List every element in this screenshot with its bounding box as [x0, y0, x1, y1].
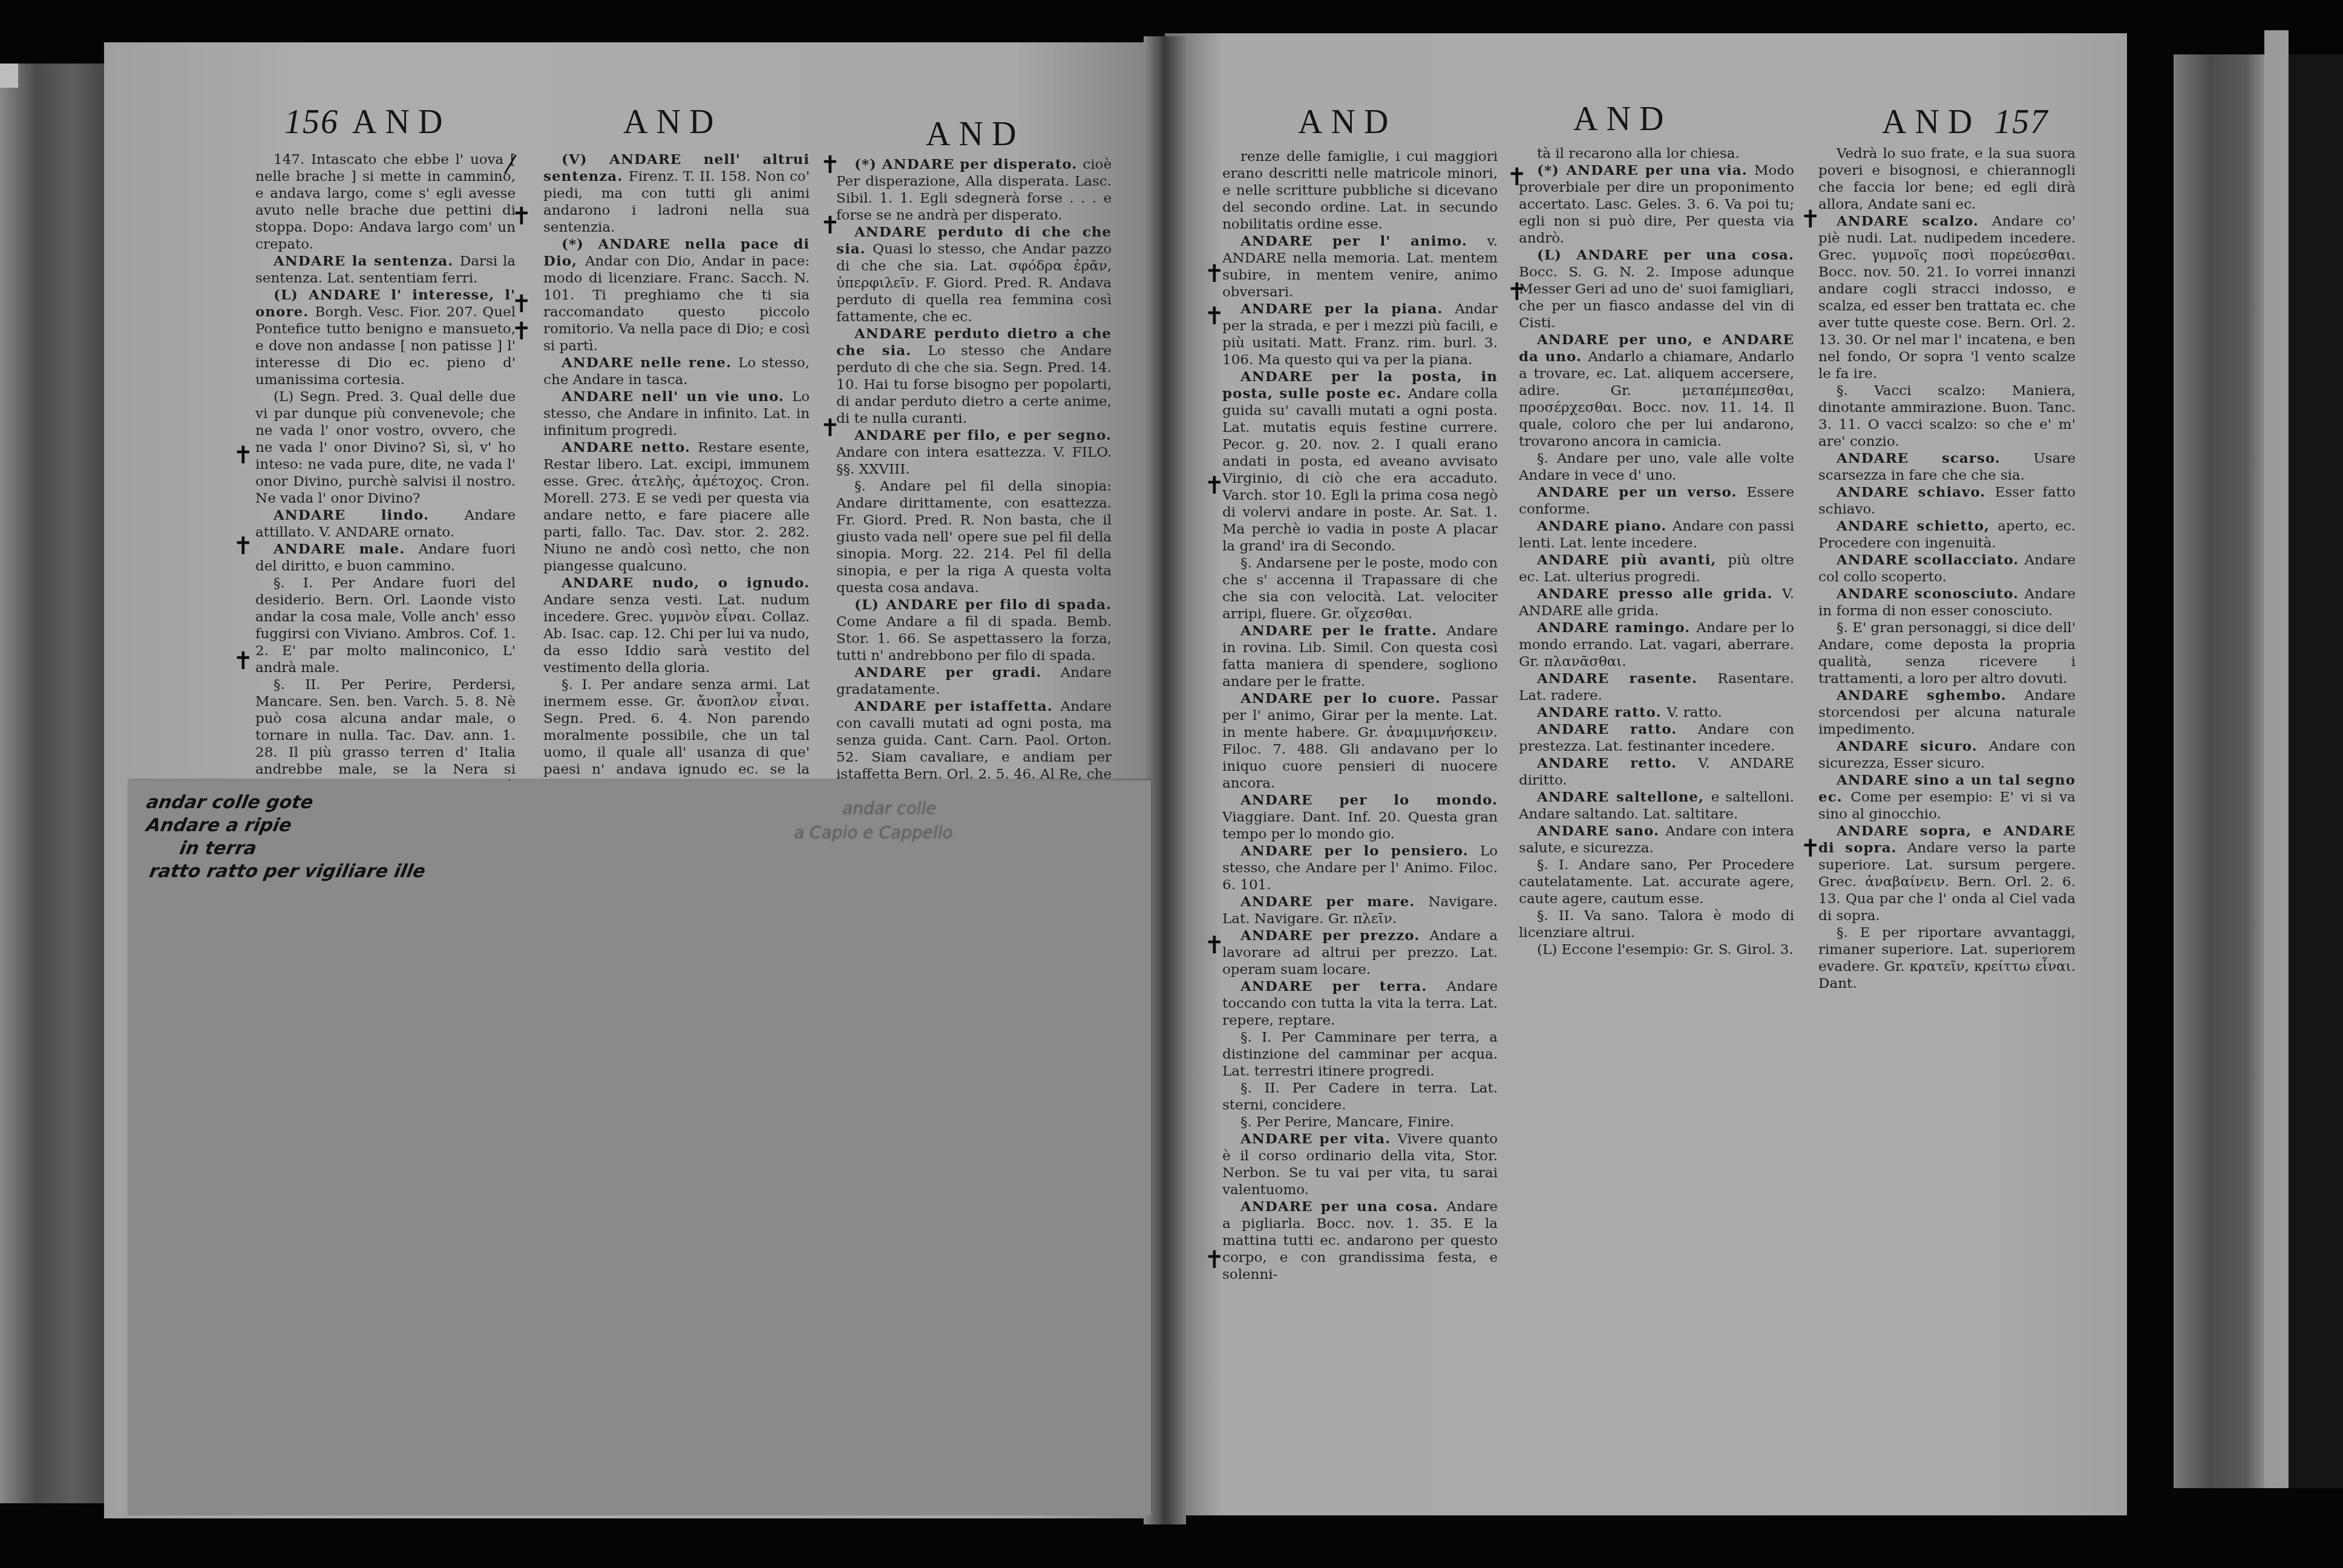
dictionary-entry: tà il recarono alla lor chiesa.: [1519, 145, 1794, 162]
margin-cross-icon: ✝: [1800, 206, 1821, 234]
dictionary-entry: (L) ANDARE l' interesse, l' onore. Borgh…: [255, 287, 516, 388]
entry-headword: ANDARE ramingo.: [1537, 619, 1696, 636]
entry-headword: ANDARE per lo mondo.: [1240, 792, 1498, 808]
dictionary-entry: ANDARE per un verso. Essere conforme.: [1519, 484, 1794, 518]
entry-headword: ANDARE per gradi.: [854, 664, 1061, 681]
page-number-left: 156: [284, 103, 339, 141]
entry-headword: ANDARE nell' un vie uno.: [562, 388, 792, 405]
dictionary-entry: ANDARE sino a un tal segno ec. Come per …: [1818, 772, 2076, 823]
entry-text: §. I. Per andare senza armi. Lat inermem…: [543, 677, 810, 780]
entry-headword: ANDARE lindo.: [274, 507, 465, 523]
dictionary-entry: ANDARE retto. V. ANDARE diritto.: [1519, 755, 1794, 789]
dictionary-entry: ANDARE per le fratte. Andare in rovina. …: [1222, 622, 1498, 690]
dictionary-entry: ANDARE lindo. Andare attillato. V. ANDAR…: [255, 507, 516, 541]
dictionary-entry: ANDARE sopra, e ANDARE di sopra. Andare …: [1818, 823, 2076, 924]
dictionary-entry: ANDARE presso alle grida. V. ANDARE alle…: [1519, 586, 1794, 619]
dictionary-entry: §. Per Perire, Mancare, Finire.: [1222, 1114, 1498, 1131]
dictionary-entry: ANDARE per la posta, in posta, sulle pos…: [1222, 368, 1498, 555]
dictionary-entry: ANDARE nudo, o ignudo. Andare senza vest…: [543, 575, 810, 676]
dictionary-entry: ANDARE sano. Andare con intera salute, e…: [1519, 823, 1794, 857]
dictionary-entry: ANDARE per l' animo. v. ANDARE nella mem…: [1222, 233, 1498, 301]
entry-text: §. E' gran personaggi, si dice dell' And…: [1818, 620, 2076, 687]
dictionary-entry: §. I. Andare sano, Per Procedere cautela…: [1519, 857, 1794, 907]
handwritten-note-2: Andare a ripie: [145, 815, 293, 836]
book-cover-corner: [0, 64, 18, 88]
dictionary-entry: ANDARE ratto. Andare con prestezza. Lat.…: [1519, 721, 1794, 755]
entry-text: Andare co' piè nudi. Lat. nudipedem ince…: [1818, 214, 2076, 382]
dictionary-entry: ANDARE per filo, e per segno. Andare con…: [836, 427, 1112, 478]
dictionary-entry: (*) ANDARE per disperato. cioè Per dispe…: [836, 156, 1112, 224]
text-column-left-3: (*) ANDARE per disperato. cioè Per dispe…: [836, 156, 1112, 780]
dictionary-entry: ANDARE la sentenza. Darsi la sentenza. L…: [255, 253, 516, 287]
entry-headword: ANDARE per istaffetta.: [854, 698, 1061, 714]
dictionary-entry: ANDARE per uno, e ANDARE da uno. Andarlo…: [1519, 332, 1794, 450]
pasted-paper-slip: andar colle gote Andare a ripie in terra…: [128, 780, 1151, 1515]
entry-headword: ANDARE ratto.: [1537, 704, 1667, 720]
entry-text: §. Per Perire, Mancare, Finire.: [1240, 1114, 1454, 1130]
running-head-right-2: AND: [1573, 100, 1672, 139]
entry-text: (L) Eccone l'esempio: Gr. S. Girol. 3.: [1537, 942, 1794, 958]
dictionary-entry: (L) Segn. Pred. 3. Qual delle due vi par…: [255, 388, 516, 507]
margin-cross-icon: ✝: [820, 212, 841, 240]
margin-cross-icon: ✝: [1204, 472, 1225, 500]
dictionary-entry: ANDARE per istaffetta. Andare con cavall…: [836, 698, 1112, 780]
entry-text: Viaggiare. Dant. Inf. 20. Questa gran te…: [1222, 809, 1498, 842]
dictionary-entry: ANDARE male. Andare fuori del diritto, e…: [255, 541, 516, 575]
running-head-left-3: AND: [926, 115, 1024, 154]
dictionary-entry: ANDARE perduto dietro a che che sia. Lo …: [836, 325, 1112, 427]
entry-headword: ANDARE la sentenza.: [274, 253, 460, 269]
entry-text: Come per esempio: E' vi si va sino al gi…: [1818, 789, 2076, 822]
dictionary-entry: §. Andarsene per le poste, modo con che …: [1222, 555, 1498, 622]
dictionary-entry: (L) ANDARE per filo di spada. Come Andar…: [836, 596, 1112, 664]
margin-cross-icon: ✝: [820, 151, 841, 179]
margin-dash-icon: ⁄: [508, 151, 513, 179]
margin-cross-icon: ✝: [511, 318, 532, 345]
dictionary-entry: Vedrà lo suo frate, e la sua suora pover…: [1818, 145, 2076, 213]
entry-text: tà il recarono alla lor chiesa.: [1537, 146, 1740, 162]
entry-headword: ANDARE sconosciuto.: [1837, 586, 2025, 602]
entry-headword: (*) ANDARE per disperato.: [854, 156, 1083, 172]
margin-cross-icon: ✝: [1204, 932, 1225, 959]
entry-headword: ANDARE nelle rene.: [562, 354, 738, 371]
entry-headword: ANDARE per prezzo.: [1240, 927, 1429, 944]
dictionary-entry: 147. Intascato che ebbe l' uova [ nelle …: [255, 151, 516, 253]
margin-cross-icon: ✝: [1204, 302, 1225, 330]
dictionary-entry: ANDARE sghembo. Andare storcendosi per a…: [1818, 687, 2076, 738]
entry-headword: ANDARE sicuro.: [1837, 738, 1989, 754]
running-head-left-1: 156AND: [284, 103, 451, 142]
entry-headword: ANDARE per lo cuore.: [1240, 690, 1452, 707]
book-fore-edge-left: [0, 64, 121, 1503]
entry-headword: ANDARE piano.: [1537, 518, 1673, 534]
dictionary-entry: (L) Eccone l'esempio: Gr. S. Girol. 3.: [1519, 941, 1794, 958]
entry-headword: ANDARE per le fratte.: [1240, 622, 1447, 639]
entry-headword: ANDARE più avanti,: [1537, 552, 1728, 568]
handwritten-note-3: in terra: [178, 838, 258, 859]
dictionary-entry: (*) ANDARE per una via. Modo proverbiale…: [1519, 162, 1794, 247]
entry-text: Come Andare a fil di spada. Bemb. Stor. …: [836, 614, 1112, 664]
text-column-left-1: 147. Intascato che ebbe l' uova [ nelle …: [255, 151, 516, 780]
dictionary-entry: §. II. Per Perire, Perdersi, Mancare. Se…: [255, 676, 516, 780]
dictionary-entry: ANDARE per mare. Navigare. Lat. Navigare…: [1222, 893, 1498, 927]
entry-headword: ANDARE schiavo.: [1837, 484, 1995, 500]
dictionary-entry: ANDARE ratto. V. ratto.: [1519, 704, 1794, 721]
faint-note-2: a Capio e Cappello: [794, 823, 953, 843]
margin-cross-icon: ✝: [1507, 278, 1527, 306]
dictionary-entry: ANDARE piano. Andare con passi lenti. La…: [1519, 518, 1794, 552]
entry-headword: ANDARE sano.: [1537, 823, 1665, 839]
entry-text: Andare con intera esattezza. V. FILO. §§…: [836, 445, 1112, 477]
entry-text: renze delle famiglie, i cui maggiori era…: [1222, 149, 1498, 232]
entry-headword: ANDARE netto.: [562, 439, 698, 456]
margin-cross-icon: ✝: [1507, 163, 1527, 191]
entry-text: §. I. Per Andare fuori del desiderio. Be…: [255, 575, 516, 676]
entry-text: §. Andarsene per le poste, modo con che …: [1222, 555, 1498, 622]
dictionary-entry: ANDARE sconosciuto. Andare in forma di n…: [1818, 586, 2076, 619]
entry-headword: ANDARE per mare.: [1240, 893, 1428, 910]
entry-text: §. Vacci scalzo: Maniera, dinotante ammi…: [1818, 383, 2076, 449]
margin-cross-icon: ✝: [511, 203, 532, 230]
dictionary-entry: ANDARE scarso. Usare scarsezza in fare c…: [1818, 450, 2076, 484]
dictionary-entry: ANDARE per una cosa. Andare a pigliarla.…: [1222, 1198, 1498, 1283]
dictionary-entry: ANDARE rasente. Rasentare. Lat. radere.: [1519, 670, 1794, 704]
faint-note-1: andar colle: [842, 799, 937, 818]
dictionary-entry: ANDARE sicuro. Andare con sicurezza, Ess…: [1818, 738, 2076, 772]
margin-cross-icon: ✝: [233, 442, 254, 469]
text-column-right-2: tà il recarono alla lor chiesa.(*) ANDAR…: [1519, 145, 1794, 1307]
entry-headword: ANDARE per lo pensiero.: [1240, 843, 1480, 859]
running-head-right-1: AND: [1298, 103, 1397, 142]
entry-headword: ANDARE presso alle grida.: [1537, 586, 1782, 602]
entry-headword: ANDARE scarso.: [1837, 450, 2033, 466]
running-head-right-3: AND157: [1882, 103, 2048, 142]
running-head-left-2: AND: [623, 103, 722, 142]
entry-headword: ANDARE rasente.: [1537, 670, 1717, 687]
handwritten-note-1: andar colle gote: [145, 792, 315, 813]
dictionary-entry: ANDARE per vita. Vivere quanto è il cors…: [1222, 1131, 1498, 1198]
entry-text: (L) Segn. Pred. 3. Qual delle due vi par…: [255, 389, 516, 506]
dictionary-entry: ANDARE per lo cuore. Passar per l' animo…: [1222, 690, 1498, 792]
dictionary-entry: §. I. Per Andare fuori del desiderio. Be…: [255, 575, 516, 676]
dictionary-entry: ANDARE per lo pensiero. Lo stesso, che A…: [1222, 843, 1498, 893]
text-column-right-1: renze delle famiglie, i cui maggiori era…: [1222, 148, 1498, 1310]
edge-shadow: [2289, 54, 2343, 1488]
entry-text: 147. Intascato che ebbe l' uova [ nelle …: [255, 152, 516, 252]
entry-headword: ANDARE saltellone,: [1537, 789, 1711, 805]
entry-headword: (L) ANDARE per filo di spada.: [854, 596, 1112, 613]
text-column-left-2: (V) ANDARE nell' altrui sentenza. Firenz…: [543, 151, 810, 780]
dictionary-entry: §. E per riportare avvantaggi, rimaner s…: [1818, 924, 2076, 992]
dictionary-entry: §. Vacci scalzo: Maniera, dinotante ammi…: [1818, 382, 2076, 450]
entry-headword: ANDARE schietto,: [1837, 518, 1997, 534]
entry-headword: ANDARE sghembo.: [1837, 687, 2025, 704]
dictionary-entry: ANDARE perduto di che che sia. Quasi lo …: [836, 224, 1112, 325]
entry-text: V. ratto.: [1667, 705, 1722, 720]
dictionary-entry: (V) ANDARE nell' altrui sentenza. Firenz…: [543, 151, 810, 236]
entry-text: §. Andare pel fil della sinopia: Andare …: [836, 479, 1112, 596]
dictionary-entry: (L) ANDARE per una cosa. Bocc. S. G. N. …: [1519, 247, 1794, 332]
dictionary-entry: ANDARE scalzo. Andare co' piè nudi. Lat.…: [1818, 213, 2076, 382]
margin-cross-icon: ✝: [1204, 260, 1225, 288]
dictionary-entry: ANDARE per gradi. Andare gradatamente.: [836, 664, 1112, 698]
book-fore-edge-right: [2174, 30, 2343, 1494]
margin-cross-icon: ✝: [233, 647, 254, 675]
dictionary-entry: ANDARE per lo mondo. Viaggiare. Dant. In…: [1222, 792, 1498, 843]
dictionary-entry: §. I. Per Camminare per terra, a distinz…: [1222, 1029, 1498, 1080]
dictionary-entry: ANDARE schiavo. Esser fatto schiavo.: [1818, 484, 2076, 518]
entry-headword: ANDARE per un verso.: [1537, 484, 1746, 500]
dictionary-entry: §. Andare per uno, vale alle volte Andar…: [1519, 450, 1794, 484]
entry-text: Andare senza vesti. Lat. nudum incedere.…: [543, 592, 810, 676]
entry-text: §. Andare per uno, vale alle volte Andar…: [1519, 451, 1794, 483]
handwritten-note-4: ratto ratto per vigiliare ille: [148, 861, 427, 882]
dictionary-entry: ANDARE schietto, aperto, ec. Procedere c…: [1818, 518, 2076, 552]
entry-headword: ANDARE nudo, o ignudo.: [562, 575, 810, 591]
entry-text: Quasi lo stesso, che Andar pazzo di che …: [836, 241, 1112, 325]
entry-headword: ANDARE per una cosa.: [1240, 1198, 1447, 1215]
margin-cross-icon: ✝: [1800, 835, 1821, 863]
dictionary-entry: ANDARE scollacciato. Andare col collo sc…: [1818, 552, 2076, 586]
dictionary-entry: ANDARE netto. Restare esente, Restar lib…: [543, 439, 810, 575]
entry-headword: (*) ANDARE per una via.: [1537, 162, 1754, 178]
dictionary-entry: ANDARE ramingo. Andare per lo mondo erra…: [1519, 619, 1794, 670]
entry-text: §. I. Andare sano, Per Procedere cautela…: [1519, 857, 1794, 907]
entry-headword: ANDARE per l' animo.: [1240, 233, 1487, 249]
dictionary-entry: ANDARE nell' un vie uno. Lo stesso, che …: [543, 388, 810, 439]
entry-text: §. II. Per Perire, Perdersi, Mancare. Se…: [255, 677, 516, 780]
entry-headword: ANDARE per la piana.: [1240, 301, 1455, 317]
entry-text: §. I. Per Camminare per terra, a distinz…: [1222, 1030, 1498, 1079]
entry-text: §. E per riportare avvantaggi, rimaner s…: [1818, 925, 2076, 991]
entry-headword: ANDARE ratto.: [1537, 721, 1698, 737]
dictionary-entry: ANDARE saltellone, e saltelloni. Andare …: [1519, 789, 1794, 823]
entry-text: Andare colla guida su' cavalli mutati a …: [1222, 386, 1498, 554]
entry-headword: ANDARE per filo, e per segno.: [854, 427, 1112, 443]
entry-text: §. II. Per Cadere in terra. Lat. sterni,…: [1222, 1080, 1498, 1113]
dictionary-entry: ANDARE per la piana. Andar per la strada…: [1222, 301, 1498, 368]
entry-headword: ANDARE scollacciato.: [1837, 552, 2025, 568]
dictionary-entry: ANDARE per prezzo. Andare a lavorare ad …: [1222, 927, 1498, 978]
dictionary-entry: ANDARE nelle rene. Lo stesso, che Andare…: [543, 354, 810, 388]
page-block: [2174, 54, 2264, 1488]
dictionary-entry: ANDARE più avanti, più oltre ec. Lat. ul…: [1519, 552, 1794, 586]
dictionary-entry: §. I. Per andare senza armi. Lat inermem…: [543, 676, 810, 780]
dictionary-entry: ANDARE per terra. Andare toccando con tu…: [1222, 978, 1498, 1029]
dictionary-entry: §. E' gran personaggi, si dice dell' And…: [1818, 619, 2076, 687]
entry-text: §. II. Va sano. Talora è modo di licenzi…: [1519, 908, 1794, 941]
text-column-right-3: Vedrà lo suo frate, e la sua suora pover…: [1818, 145, 2076, 1307]
margin-cross-icon: ✝: [233, 532, 254, 560]
page-number-right: 157: [1994, 103, 2048, 141]
entry-headword: ANDARE retto.: [1537, 755, 1698, 771]
dictionary-entry: §. II. Va sano. Talora è modo di licenzi…: [1519, 907, 1794, 941]
dictionary-entry: §. Andare pel fil della sinopia: Andare …: [836, 478, 1112, 596]
margin-cross-icon: ✝: [1204, 1246, 1225, 1274]
entry-headword: ANDARE male.: [274, 541, 418, 557]
entry-headword: ANDARE scalzo.: [1837, 213, 1992, 229]
margin-cross-icon: ✝: [820, 414, 841, 442]
entry-headword: ANDARE per terra.: [1240, 978, 1447, 995]
entry-headword: ANDARE per vita.: [1240, 1131, 1398, 1147]
dictionary-entry: renze delle famiglie, i cui maggiori era…: [1222, 148, 1498, 233]
entry-text: Bocc. S. G. N. 2. Impose adunque Messer …: [1519, 264, 1794, 331]
entry-text: Vedrà lo suo frate, e la sua suora pover…: [1818, 146, 2076, 212]
entry-headword: (L) ANDARE per una cosa.: [1537, 247, 1794, 263]
dictionary-entry: §. II. Per Cadere in terra. Lat. sterni,…: [1222, 1080, 1498, 1114]
margin-cross-icon: ✝: [511, 290, 532, 318]
dictionary-entry: (*) ANDARE nella pace di Dio, Andar con …: [543, 236, 810, 354]
entry-text: Restare esente, Restar libero. Lat. exci…: [543, 440, 810, 574]
cover-board: [2264, 30, 2289, 1488]
